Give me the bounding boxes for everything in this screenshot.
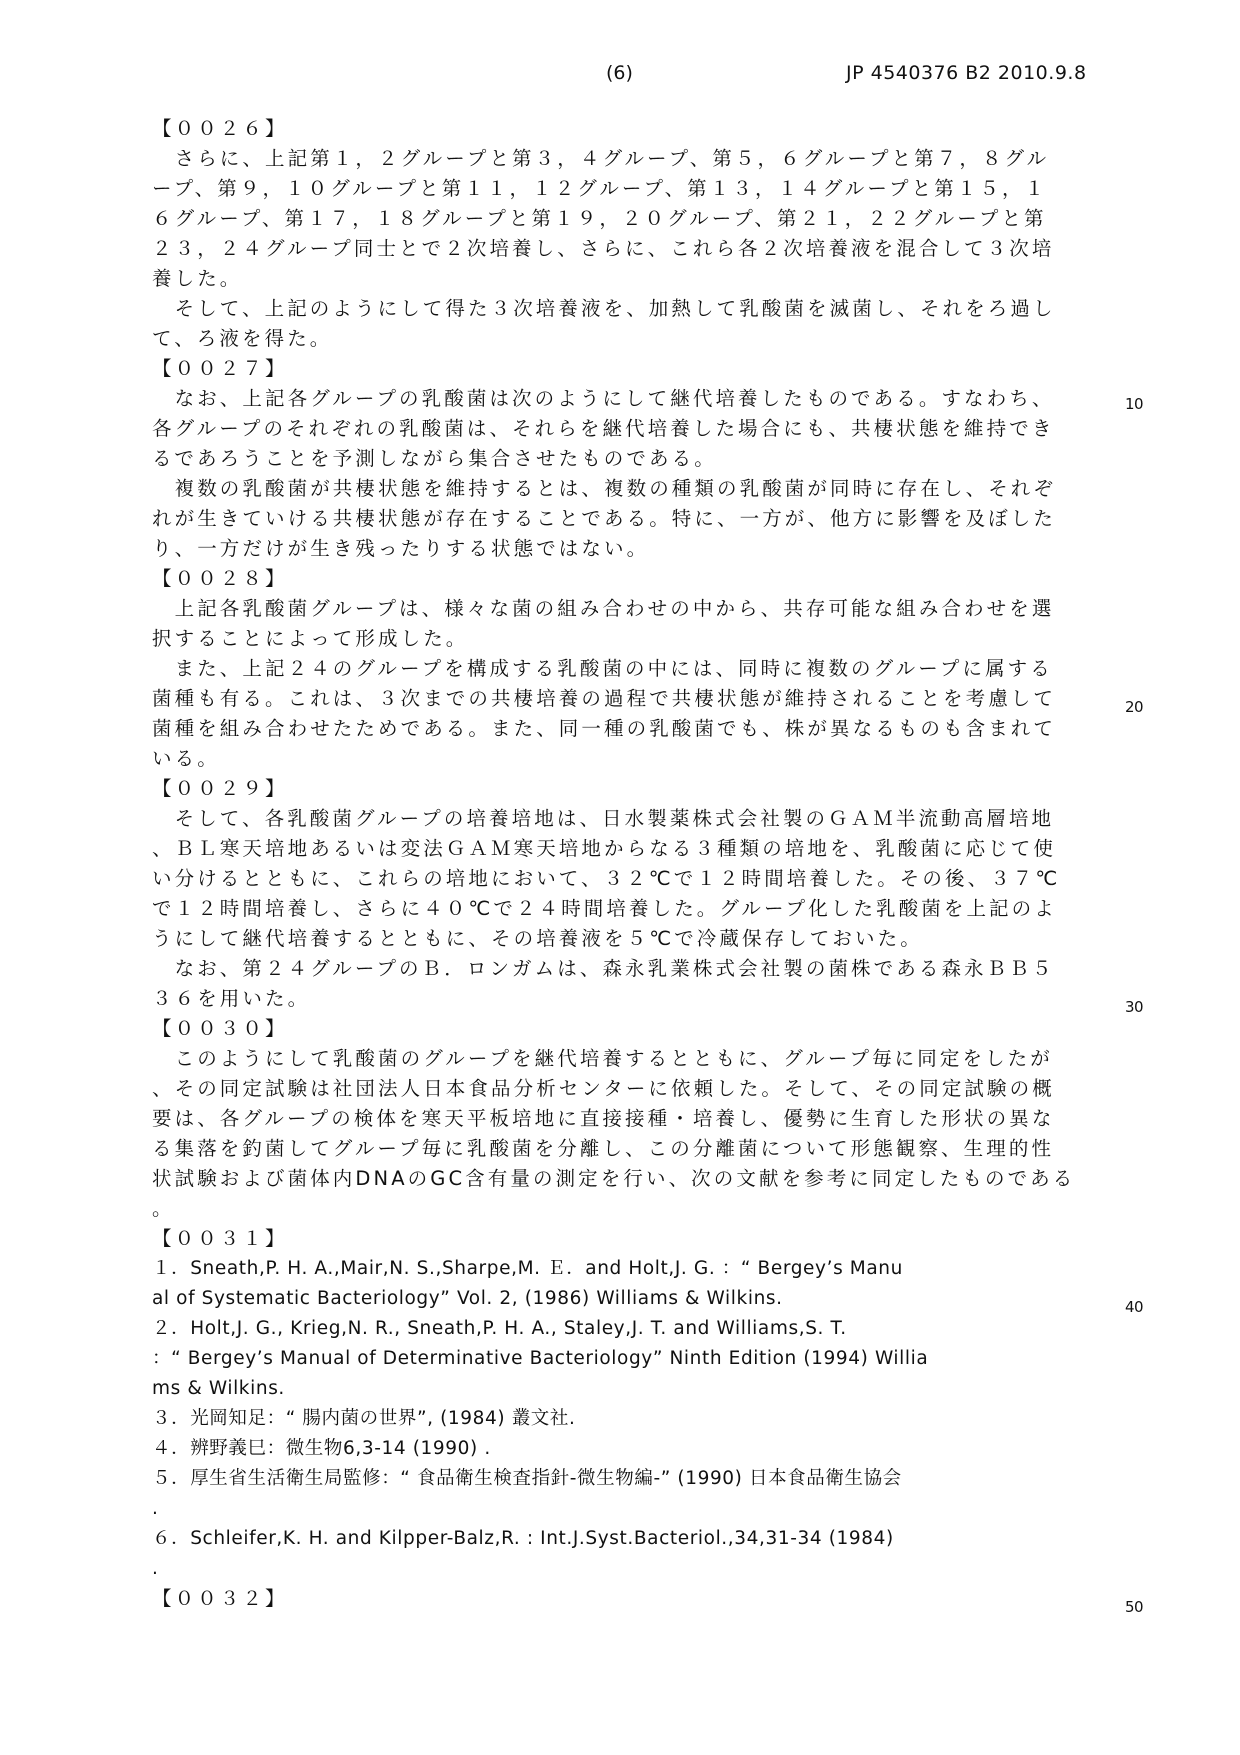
paragraph-number: 【００３１】 (152, 1224, 1112, 1254)
text-line: 上記各乳酸菌グループは、様々な菌の組み合わせの中から、共存可能な組み合わせを選 (152, 594, 1112, 624)
text-line: るであろうことを予測しながら集合させたものである。 (152, 444, 1112, 474)
text-line: 複数の乳酸菌が共棲状態を維持するとは、複数の種類の乳酸菌が同時に存在し、それぞ (152, 474, 1112, 504)
reference-line: ４．辨野義巳：微生物6,3-14 (1990) . (152, 1434, 1112, 1464)
reference-line: . (152, 1554, 1112, 1584)
text-line: うにして継代培養するとともに、その培養液を５℃で冷蔵保存しておいた。 (152, 924, 1112, 954)
text-line: ６グループ、第１７，１８グループと第１９，２０グループ、第２１，２２グループと第 (152, 204, 1112, 234)
text-line: このようにして乳酸菌のグループを継代培養するとともに、グループ毎に同定をしたが (152, 1044, 1112, 1074)
text-line: 状試験および菌体内DNAのGC含有量の測定を行い、次の文献を参考に同定したもので… (152, 1164, 1112, 1194)
reference-line: al of Systematic Bacteriology” Vol. 2, (… (152, 1284, 1112, 1314)
paragraph-number: 【００２８】 (152, 564, 1112, 594)
text-line: 択することによって形成した。 (152, 624, 1112, 654)
text-line: 、ＢＬ寒天培地あるいは変法ＧＡＭ寒天培地からなる３種類の培地を、乳酸菌に応じて使 (152, 834, 1112, 864)
text-line: り、一方だけが生き残ったりする状態ではない。 (152, 534, 1112, 564)
reference-line: ５．厚生省生活衛生局監修：“ 食品衛生検査指針-微生物編-” (1990) 日本… (152, 1464, 1112, 1494)
reference-line: １．Sneath,P. H. A.,Mair,N. S.,Sharpe,M. Ｅ… (152, 1254, 1112, 1284)
text-line: そして、上記のようにして得た３次培養液を、加熱して乳酸菌を滅菌し、それをろ過し (152, 294, 1112, 324)
text-line: 各グループのそれぞれの乳酸菌は、それらを継代培養した場合にも、共棲状態を維持でき (152, 414, 1112, 444)
text-line: ２３，２４グループ同士とで２次培養し、さらに、これら各２次培養液を混合して３次培 (152, 234, 1112, 264)
line-number-marker: 30 (1125, 998, 1143, 1016)
text-line: で１２時間培養し、さらに４０℃で２４時間培養した。グループ化した乳酸菌を上記のよ (152, 894, 1112, 924)
text-line: 菌種を組み合わせたためである。また、同一種の乳酸菌でも、株が異なるものも含まれて (152, 714, 1112, 744)
text-line: また、上記２４のグループを構成する乳酸菌の中には、同時に複数のグループに属する (152, 654, 1112, 684)
text-line: れが生きていける共棲状態が存在することである。特に、一方が、他方に影響を及ぼした (152, 504, 1112, 534)
reference-line: ：“ Bergey’s Manual of Determinative Bact… (152, 1344, 1112, 1374)
text-line: て、ろ液を得た。 (152, 324, 1112, 354)
paragraph-number: 【００２９】 (152, 774, 1112, 804)
reference-line: ６．Schleifer,K. H. and Kilpper-Balz,R. : … (152, 1524, 1112, 1554)
reference-line: ３．光岡知足：“ 腸内菌の世界”, (1984) 叢文社. (152, 1404, 1112, 1434)
text-line: なお、上記各グループの乳酸菌は次のようにして継代培養したものである。すなわち、 (152, 384, 1112, 414)
line-number-marker: 40 (1125, 1298, 1143, 1316)
text-line: い分けるとともに、これらの培地において、３２℃で１２時間培養した。その後、３７℃ (152, 864, 1112, 894)
text-line: ３６を用いた。 (152, 984, 1112, 1014)
document-id: JP 4540376 B2 2010.9.8 (846, 62, 1087, 84)
text-line: そして、各乳酸菌グループの培養培地は、日水製薬株式会社製のＧＡＭ半流動高層培地 (152, 804, 1112, 834)
line-number-marker: 20 (1125, 698, 1143, 716)
text-line: なお、第２４グループのＢ．ロンガムは、森永乳業株式会社製の菌株である森永ＢＢ５ (152, 954, 1112, 984)
text-line: いる。 (152, 744, 1112, 774)
text-line: る集落を釣菌してグループ毎に乳酸菌を分離し、この分離菌について形態観察、生理的性 (152, 1134, 1112, 1164)
page-header: (6) JP 4540376 B2 2010.9.8 (0, 62, 1240, 92)
line-number-marker: 50 (1125, 1598, 1143, 1616)
text-line: 養した。 (152, 264, 1112, 294)
reference-line: ms & Wilkins. (152, 1374, 1112, 1404)
text-line: ープ、第９，１０グループと第１１，１２グループ、第１３，１４グループと第１５，１ (152, 174, 1112, 204)
reference-line: ２．Holt,J. G., Krieg,N. R., Sneath,P. H. … (152, 1314, 1112, 1344)
page-number: (6) (606, 62, 633, 84)
paragraph-number: 【００２７】 (152, 354, 1112, 384)
line-number-marker: 10 (1125, 395, 1143, 413)
text-line: 。 (152, 1194, 1112, 1224)
text-line: さらに、上記第１，２グループと第３，４グループ、第５，６グループと第７，８グル (152, 144, 1112, 174)
text-line: 菌種も有る。これは、３次までの共棲培養の過程で共棲状態が維持されることを考慮して (152, 684, 1112, 714)
reference-line: . (152, 1494, 1112, 1524)
text-line: 、その同定試験は社団法人日本食品分析センターに依頼した。そして、その同定試験の概 (152, 1074, 1112, 1104)
paragraph-number: 【００３２】 (152, 1584, 1112, 1614)
text-line: 要は、各グループの検体を寒天平板培地に直接接種・培養し、優勢に生育した形状の異な (152, 1104, 1112, 1134)
document-body: 【００２６】 さらに、上記第１，２グループと第３，４グループ、第５，６グループと… (152, 114, 1112, 1614)
paragraph-number: 【００３０】 (152, 1014, 1112, 1044)
paragraph-number: 【００２６】 (152, 114, 1112, 144)
